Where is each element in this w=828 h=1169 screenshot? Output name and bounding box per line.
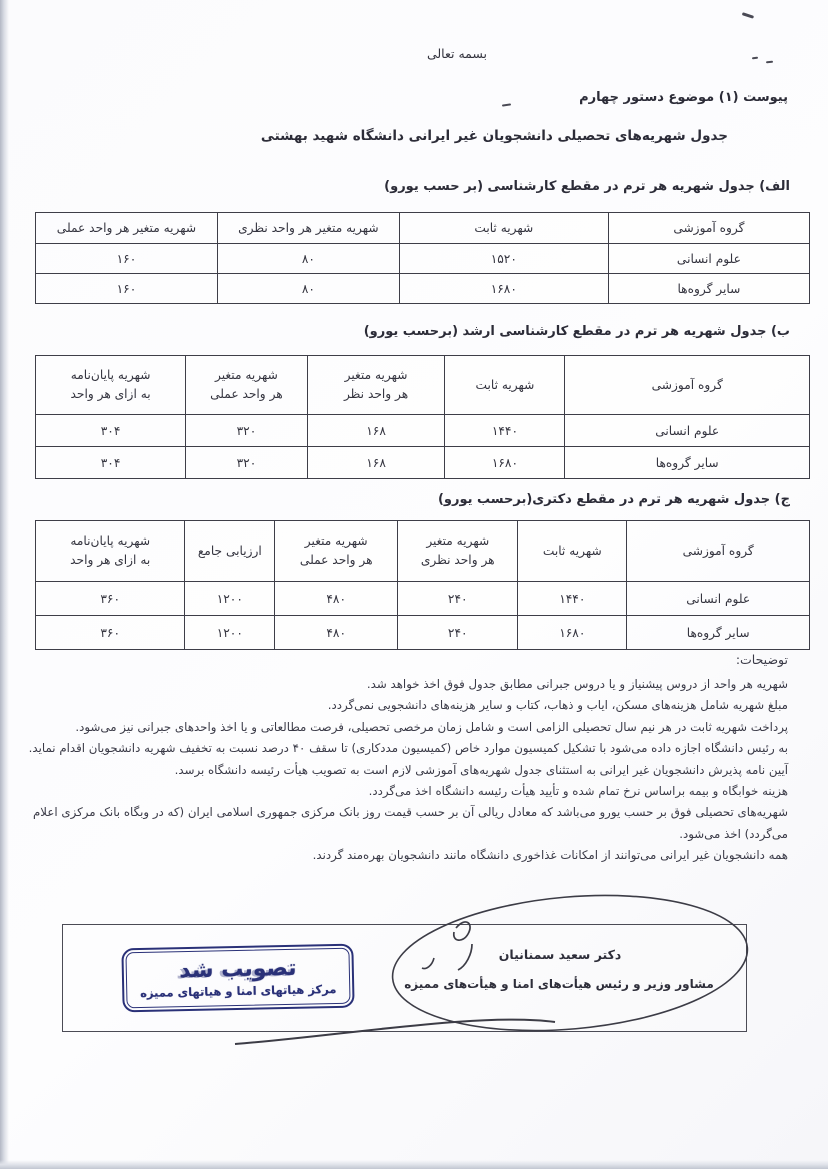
pen-mark xyxy=(766,61,773,64)
scan-edge-shadow-left xyxy=(0,0,9,1169)
fee-cell: ۳۲۰ xyxy=(186,447,308,479)
notes-title: توضیحات: xyxy=(736,652,788,667)
column-header: شهریه ثابت xyxy=(445,356,565,415)
scan-edge-shadow-bottom xyxy=(0,1160,828,1169)
column-header: شهریه متغیر هر واحد نظری xyxy=(398,521,518,582)
note-line: شهریه هر واحد از دروس پیشنیاز و یا دروس … xyxy=(24,674,788,695)
group-cell: سایر گروه‌ها xyxy=(608,274,809,304)
table-header-row: گروه آموزشی شهریه ثابت شهریه متغیر هر وا… xyxy=(36,521,810,582)
fee-cell: ۱۲۰۰ xyxy=(185,616,275,650)
column-header: گروه آموزشی xyxy=(627,521,810,582)
note-line: به رئیس دانشگاه اجازه داده می‌شود با تشک… xyxy=(24,738,788,759)
section-b-caption: ب) جدول شهریه هر ترم در مقطع کارشناسی ار… xyxy=(364,324,790,339)
column-header: شهریه ثابت xyxy=(518,521,627,582)
column-header: ارزیابی جامع xyxy=(185,521,275,582)
tuition-table-phd: گروه آموزشی شهریه ثابت شهریه متغیر هر وا… xyxy=(35,520,810,650)
note-line: شهریه‌های تحصیلی فوق بر حسب یورو می‌باشد… xyxy=(24,802,788,845)
note-line: همه دانشجویان غیر ایرانی می‌توانند از ام… xyxy=(24,845,788,866)
table-header-row: گروه آموزشی شهریه ثابت شهریه متغیر هر وا… xyxy=(36,213,810,244)
column-header: شهریه پایان‌نامه به ازای هر واحد xyxy=(36,356,186,415)
fee-cell: ۱۶۰ xyxy=(36,244,218,274)
pen-mark xyxy=(502,103,511,106)
tuition-table-bachelor: گروه آموزشی شهریه ثابت شهریه متغیر هر وا… xyxy=(35,212,810,304)
group-cell: علوم انسانی xyxy=(565,415,810,447)
column-header: شهریه متغیر هر واحد عملی xyxy=(186,356,308,415)
table-row: سایر گروه‌ها ۱۶۸۰ ۸۰ ۱۶۰ xyxy=(36,274,810,304)
group-cell: سایر گروه‌ها xyxy=(627,616,810,650)
attachment-line: پیوست (۱) موضوع دستور چهارم xyxy=(579,90,788,105)
tuition-table-masters: گروه آموزشی شهریه ثابت شهریه متغیر هر وا… xyxy=(35,355,810,479)
table-row: علوم انسانی ۱۴۴۰ ۲۴۰ ۴۸۰ ۱۲۰۰ ۳۶۰ xyxy=(36,582,810,616)
table-header-row: گروه آموزشی شهریه ثابت شهریه متغیر هر وا… xyxy=(36,356,810,415)
fee-cell: ۲۴۰ xyxy=(398,616,518,650)
fee-cell: ۱۶۸ xyxy=(307,415,445,447)
fee-cell: ۸۰ xyxy=(217,244,399,274)
fee-cell: ۳۶۰ xyxy=(36,582,185,616)
fee-cell: ۳۶۰ xyxy=(36,616,185,650)
fee-cell: ۱۴۴۰ xyxy=(518,582,627,616)
column-header: شهریه متغیر هر واحد نظری xyxy=(217,213,399,244)
note-line: مبلغ شهریه شامل هزینه‌های مسکن، ایاب و ذ… xyxy=(24,695,788,716)
group-cell: علوم انسانی xyxy=(627,582,810,616)
table-row: علوم انسانی ۱۵۲۰ ۸۰ ۱۶۰ xyxy=(36,244,810,274)
fee-cell: ۴۸۰ xyxy=(275,616,398,650)
fee-cell: ۱۶۰ xyxy=(36,274,218,304)
section-a-caption: الف) جدول شهریه هر ترم در مقطع کارشناسی … xyxy=(384,179,790,194)
besmele-header: بسمه تعالی xyxy=(0,46,828,61)
column-header: گروه آموزشی xyxy=(565,356,810,415)
table-row: سایر گروه‌ها ۱۶۸۰ ۱۶۸ ۳۲۰ ۳۰۴ xyxy=(36,447,810,479)
handwritten-signature xyxy=(220,884,765,1059)
note-line: پرداخت شهریه ثابت در هر نیم سال تحصیلی ا… xyxy=(24,717,788,738)
fee-cell: ۳۰۴ xyxy=(36,447,186,479)
group-cell: علوم انسانی xyxy=(608,244,809,274)
fee-cell: ۱۵۲۰ xyxy=(399,244,608,274)
fee-cell: ۱۶۸ xyxy=(307,447,445,479)
table-row: سایر گروه‌ها ۱۶۸۰ ۲۴۰ ۴۸۰ ۱۲۰۰ ۳۶۰ xyxy=(36,616,810,650)
fee-cell: ۲۴۰ xyxy=(398,582,518,616)
fee-cell: ۴۸۰ xyxy=(275,582,398,616)
section-c-caption: ج) جدول شهریه هر ترم در مقطع دکتری(برحسب… xyxy=(438,492,790,507)
fee-cell: ۳۰۴ xyxy=(36,415,186,447)
notes-list: شهریه هر واحد از دروس پیشنیاز و یا دروس … xyxy=(24,674,788,867)
column-header: شهریه متغیر هر واحد عملی xyxy=(275,521,398,582)
fee-cell: ۱۴۴۰ xyxy=(445,415,565,447)
document-title: جدول شهریه‌های تحصیلی دانشجویان غیر ایرا… xyxy=(261,128,728,144)
note-line: آیین نامه پذیرش دانشجویان غیر ایرانی به … xyxy=(24,760,788,781)
fee-cell: ۱۶۸۰ xyxy=(518,616,627,650)
fee-cell: ۱۶۸۰ xyxy=(399,274,608,304)
fee-cell: ۱۲۰۰ xyxy=(185,582,275,616)
scanned-document-page: بسمه تعالی پیوست (۱) موضوع دستور چهارم ج… xyxy=(0,0,828,1169)
column-header: گروه آموزشی xyxy=(608,213,809,244)
fee-cell: ۸۰ xyxy=(217,274,399,304)
group-cell: سایر گروه‌ها xyxy=(565,447,810,479)
fee-cell: ۳۲۰ xyxy=(186,415,308,447)
column-header: شهریه متغیر هر واحد عملی xyxy=(36,213,218,244)
pen-mark xyxy=(742,12,754,18)
fee-cell: ۱۶۸۰ xyxy=(445,447,565,479)
column-header: شهریه پایان‌نامه به ازای هر واحد xyxy=(36,521,185,582)
column-header: شهریه متغیر هر واحد نظر xyxy=(307,356,445,415)
column-header: شهریه ثابت xyxy=(399,213,608,244)
table-row: علوم انسانی ۱۴۴۰ ۱۶۸ ۳۲۰ ۳۰۴ xyxy=(36,415,810,447)
note-line: هزینه خوابگاه و بیمه براساس نرخ تمام شده… xyxy=(24,781,788,802)
